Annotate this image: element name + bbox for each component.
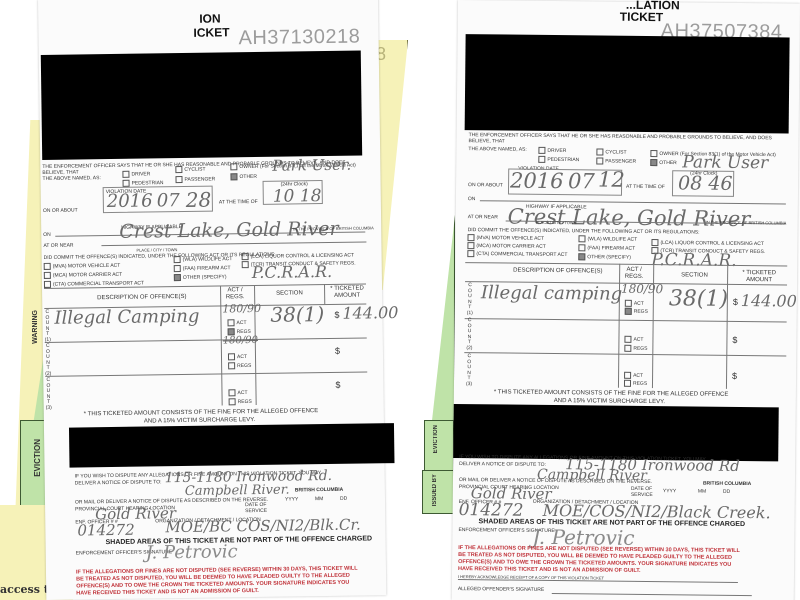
warning-line4: HAVE RECEIVED THIS TICKET AND IS NOT AN … xyxy=(76,588,259,597)
count-3-act-checkbox[interactable] xyxy=(228,389,235,396)
count-1-offence: Illegal Camping xyxy=(54,306,199,329)
redacted-block-middle xyxy=(69,423,395,468)
count-1-act-checkbox[interactable] xyxy=(625,300,632,307)
violation-date-yyyy: 2016 xyxy=(107,190,153,212)
ticket-title-line2: ICKET xyxy=(193,25,229,40)
role-owner-checkbox[interactable] xyxy=(230,163,237,170)
count-2-act-checkbox[interactable] xyxy=(228,353,235,360)
count-1-section: 38(1) xyxy=(669,286,728,312)
act-other-value: P.C.R.A.R. xyxy=(252,262,333,282)
act-other-checkbox-checked[interactable] xyxy=(174,274,181,281)
organization-value: MOE/BC COS/NI2/Blk.Cr. xyxy=(165,516,361,537)
count-3-label: COUNT (3) xyxy=(466,354,472,387)
act-wla-checkbox[interactable] xyxy=(174,256,181,263)
violation-date-mm: 07 xyxy=(157,190,180,211)
green-tab-eviction-right: EVICTION xyxy=(424,420,454,472)
ticket-title-line1: ION xyxy=(196,11,221,25)
count-1-label: COUNT (1) xyxy=(467,283,473,316)
count-2-act-regs-struck: 180/90 xyxy=(223,335,258,346)
act-mva-checkbox[interactable] xyxy=(44,263,51,270)
redacted-block-middle xyxy=(453,404,779,461)
role-passenger-checkbox[interactable] xyxy=(596,157,603,164)
violation-date-mm: 07 xyxy=(568,169,595,193)
count-2-regs-checkbox[interactable] xyxy=(624,345,631,352)
at-the-time-label: AT THE TIME OF xyxy=(626,184,665,190)
count-1-amount: 144.00 xyxy=(342,303,398,323)
service-yyyy: YYYY xyxy=(663,488,676,494)
act-faa[interactable]: (FAA) FIREARM ACT xyxy=(174,264,231,272)
role-cyclist-checkbox[interactable] xyxy=(596,148,603,155)
role-cyclist[interactable]: CYCLIST xyxy=(175,166,205,173)
on-or-about-label: ON OR ABOUT xyxy=(43,207,78,213)
count-3-act-checkbox[interactable] xyxy=(624,372,631,379)
dispute-line2: DELIVER A NOTICE OF DISPUTE TO: xyxy=(459,461,546,468)
col-description-header: DESCRIPTION OF OFFENCE(S) xyxy=(513,268,602,276)
role-other[interactable]: OTHER xyxy=(650,159,677,166)
count-3-regs[interactable]: REGS xyxy=(229,398,252,405)
on-or-about-label: ON OR ABOUT xyxy=(468,182,503,188)
act-cta-checkbox[interactable] xyxy=(467,250,474,257)
count-1-amount: 144.00 xyxy=(741,291,797,311)
at-the-time-label: AT THE TIME OF xyxy=(219,199,258,206)
role-driver[interactable]: DRIVER xyxy=(538,147,566,154)
violation-date-yyyy: 2016 xyxy=(510,169,564,194)
service-mm: MM xyxy=(698,489,706,495)
count-3-label: COUNT (3) xyxy=(45,378,51,411)
service-dd: DD xyxy=(723,489,730,495)
count-1-section: 38(1) xyxy=(270,302,324,327)
count-2-regs[interactable]: REGS xyxy=(228,362,251,369)
act-cta[interactable]: (CTA) COMMERCIAL TRANSPORT ACT xyxy=(467,250,567,258)
violation-time: 08 46 xyxy=(678,172,733,195)
role-passenger[interactable]: PASSENGER xyxy=(175,176,215,184)
count-3-regs-checkbox[interactable] xyxy=(229,398,236,405)
col-amount-header: * TICKETED AMOUNT xyxy=(739,270,779,284)
british-columbia-label: BRITISH COLUMBIA xyxy=(295,487,343,494)
role-other-checkbox-checked[interactable] xyxy=(230,173,237,180)
officer-signature: J. Petrovic xyxy=(146,541,238,563)
act-other[interactable]: OTHER (SPECIFY) xyxy=(578,253,631,261)
service-mm: MM xyxy=(315,496,323,502)
dispute-line2: DELIVER A NOTICE OF DISPUTE TO: xyxy=(75,479,162,486)
role-pedestrian-checkbox[interactable] xyxy=(538,156,545,163)
officer-number: 014272 xyxy=(77,521,135,540)
col-section-header: SECTION xyxy=(276,290,303,297)
on-label: ON xyxy=(468,196,476,202)
act-faa-checkbox[interactable] xyxy=(578,244,585,251)
col-section-header: SECTION xyxy=(681,272,708,279)
redacted-block-top xyxy=(465,34,790,133)
violation-ticket-1: ION ICKET AH37130218 THE ENFORCEMENT OFF… xyxy=(38,0,386,600)
role-cyclist-checkbox[interactable] xyxy=(175,166,182,173)
count-3-regs-checkbox[interactable] xyxy=(624,380,631,387)
count-1-act-regs: 180/90 xyxy=(222,302,261,316)
role-passenger-checkbox[interactable] xyxy=(175,176,182,183)
violation-ticket-2: ...LATION TICKET AH37507384 THE ENFORCEM… xyxy=(452,0,800,600)
role-cyclist[interactable]: CYCLIST xyxy=(596,148,626,155)
british-columbia-label: BRITISH COLUMBIA xyxy=(703,481,751,488)
count-2-label: COUNT (2) xyxy=(466,318,472,351)
green-tab-issued-by-right: ISSUED BY xyxy=(422,470,454,514)
above-named-label: THE ABOVE NAMED, AS: xyxy=(468,146,526,153)
at-or-near-label: AT OR NEAR xyxy=(43,243,73,249)
role-driver[interactable]: DRIVER xyxy=(122,170,150,177)
violation-date-dd: 12 xyxy=(598,167,625,191)
count-1-act[interactable]: ACT xyxy=(227,319,246,326)
count-2-act[interactable]: ACT xyxy=(624,336,643,343)
offender-signature-label: ALLEGED OFFENDER'S SIGNATURE xyxy=(458,586,544,593)
role-other-value: Park User. xyxy=(272,156,351,175)
act-wla-checkbox[interactable] xyxy=(578,235,585,242)
act-wla[interactable]: (WLA) WILDLIFE ACT xyxy=(578,235,637,243)
ticket-title-line2: TICKET xyxy=(620,10,663,24)
role-driver-checkbox[interactable] xyxy=(122,171,129,178)
act-mva[interactable]: (MVA) MOTOR VEHICLE ACT xyxy=(467,234,544,242)
date-of-service-label: DATE OF SERVICE xyxy=(631,486,656,498)
count-2-act[interactable]: ACT xyxy=(228,353,247,360)
eviction-label: EVICTION xyxy=(33,439,42,477)
at-or-near-label: AT OR NEAR xyxy=(468,214,498,220)
province-label: IN THE PROVINCE OF BRITISH COLUMBIA xyxy=(706,220,787,227)
col-amount-header: * TICKETED AMOUNT xyxy=(327,285,367,300)
redacted-block-top xyxy=(41,50,362,159)
act-tcr-checkbox[interactable] xyxy=(242,261,249,268)
role-other-checkbox-checked[interactable] xyxy=(650,159,657,166)
issued-by-label-right: ISSUED BY xyxy=(432,474,438,506)
count-1-act-checkbox[interactable] xyxy=(227,319,234,326)
service-yyyy: YYYY xyxy=(285,496,298,502)
act-mva-checkbox[interactable] xyxy=(467,234,474,241)
role-passenger[interactable]: PASSENGER xyxy=(596,157,636,164)
count-3-act[interactable]: ACT xyxy=(228,389,247,396)
col-act-regs-header: ACT / REGS. xyxy=(224,287,246,301)
warning-line4: HAVE RECEIVED THIS TICKET AND IS NOT AN … xyxy=(458,566,641,574)
act-faa-checkbox[interactable] xyxy=(174,265,181,272)
act-mca[interactable]: (MCA) MOTOR CARRIER ACT xyxy=(467,242,545,250)
role-owner-checkbox[interactable] xyxy=(650,150,657,157)
count-1-dollar: $ xyxy=(733,299,738,306)
count-3-dollar: $ xyxy=(335,382,340,389)
above-named-label: THE ABOVE NAMED, AS: xyxy=(42,175,100,182)
on-label: ON xyxy=(43,232,51,238)
act-lca-checkbox[interactable] xyxy=(242,253,249,260)
count-1-dollar: $ xyxy=(334,312,339,319)
eviction-label-right: EVICTION xyxy=(433,425,439,453)
officer-statement: THE ENFORCEMENT OFFICER SAYS THAT HE OR … xyxy=(468,132,786,147)
act-lca-checkbox[interactable] xyxy=(651,239,658,246)
act-mca-checkbox[interactable] xyxy=(44,272,51,279)
col-act-regs-header: ACT / REGS. xyxy=(623,267,645,281)
act-other-checkbox-checked[interactable] xyxy=(578,253,585,260)
count-3-act[interactable]: ACT xyxy=(624,372,643,379)
role-pedestrian[interactable]: PEDESTRIAN xyxy=(538,156,579,163)
count-2-label: COUNT (2) xyxy=(45,344,51,377)
act-wla[interactable]: (WLA) WILDLIFE ACT xyxy=(174,255,233,263)
count-1-act-regs: 180/90 xyxy=(621,282,663,296)
count-2-act-checkbox[interactable] xyxy=(624,336,631,343)
col-description-header: DESCRIPTION OF OFFENCE(S) xyxy=(97,294,186,302)
count-3-dollar: $ xyxy=(732,373,737,380)
count-2-dollar: $ xyxy=(335,348,340,355)
count-3-regs[interactable]: REGS xyxy=(624,380,647,387)
province-label: IN THE PROVINCE OF BRITISH COLUMBIA xyxy=(293,225,374,232)
act-lca[interactable]: (LCA) LIQUOR CONTROL & LICENSING ACT xyxy=(651,239,764,247)
act-mca-checkbox[interactable] xyxy=(467,242,474,249)
violation-date-dd: 28 xyxy=(186,188,212,212)
service-dd: DD xyxy=(340,496,347,502)
count-1-label: COUNT (1) xyxy=(44,310,50,343)
role-other[interactable]: OTHER xyxy=(230,173,257,180)
count-2-regs[interactable]: REGS xyxy=(624,345,647,352)
count-2-dollar: $ xyxy=(732,337,737,344)
act-mva[interactable]: (MVA) MOTOR VEHICLE ACT xyxy=(44,262,121,270)
act-mca[interactable]: (MCA) MOTOR CARRIER ACT xyxy=(44,271,122,279)
act-faa[interactable]: (FAA) FIREARM ACT xyxy=(578,244,635,252)
role-driver-checkbox[interactable] xyxy=(538,147,545,154)
place-city-town-label: PLACE / CITY / TOWN xyxy=(536,220,577,226)
count-2-regs-checkbox[interactable] xyxy=(228,362,235,369)
count-1-regs-checkbox-checked[interactable] xyxy=(625,308,632,315)
act-other[interactable]: OTHER (SPECIFY) xyxy=(174,273,227,281)
date-of-service-label: DATE OF SERVICE xyxy=(245,502,270,514)
count-1-offence: Illegal camping xyxy=(481,282,623,304)
surcharge-line1: * THIS TICKETED AMOUNT CONSISTS OF THE F… xyxy=(494,389,729,398)
green-strip-label-warning: WARNING xyxy=(32,310,39,344)
count-1-act[interactable]: ACT xyxy=(625,300,644,307)
violation-time: 10 18 xyxy=(273,186,322,207)
ticket-number: AH37130218 xyxy=(238,26,360,51)
count-1-regs[interactable]: REGS xyxy=(625,308,648,315)
